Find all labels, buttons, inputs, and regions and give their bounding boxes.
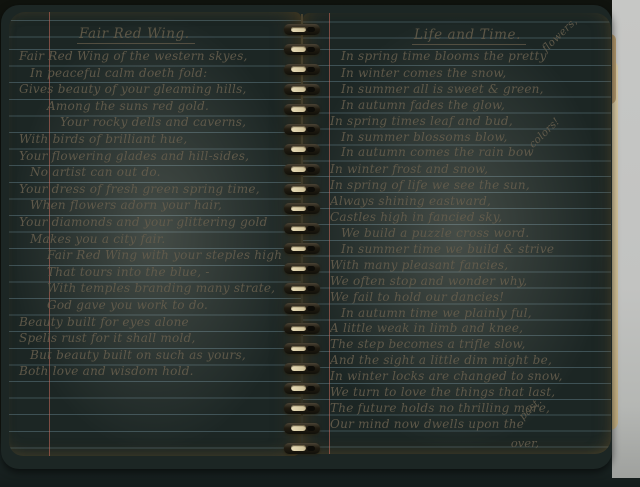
poem-line: With birds of brilliant hue, bbox=[19, 131, 293, 148]
poem-line-text: With many pleasant fancies, bbox=[330, 258, 508, 272]
binding-ring bbox=[284, 363, 320, 374]
right-page-content: Life and Time. In spring time blooms the… bbox=[303, 13, 611, 454]
poem-line-text: Makes you a city fair. bbox=[30, 232, 165, 246]
poem-line-text: In spring times leaf and bud, bbox=[330, 114, 513, 128]
binding-ring bbox=[284, 343, 320, 354]
poem-line-text: In peaceful calm doeth fold: bbox=[30, 66, 207, 80]
poem-line: In spring of life we see the sun, bbox=[330, 178, 605, 194]
poem-line: Fair Red Wing of the western skyes, bbox=[19, 48, 293, 65]
binding-ring bbox=[284, 64, 320, 75]
poem-line: God gave you work to do. bbox=[47, 297, 293, 314]
binding-ring bbox=[284, 164, 320, 175]
poem-line: In summer time we build & strive bbox=[341, 242, 605, 258]
poem-line-text: Among the suns red gold. bbox=[47, 99, 209, 113]
poem-line: In autumn time we plainly ful, bbox=[341, 306, 605, 322]
poem-line-text: Our mind now dwells upon the bbox=[330, 417, 524, 431]
binding-ring bbox=[284, 303, 320, 314]
binding-ring bbox=[284, 283, 320, 294]
poem-line-text: Your rocky dells and caverns, bbox=[60, 115, 246, 129]
binding-ring bbox=[284, 144, 320, 155]
notebook-photo: Fair Red Wing. Fair Red Wing of the west… bbox=[0, 0, 640, 487]
poem-line-text: No artist can out do. bbox=[30, 165, 161, 179]
poem-line-text: Your diamonds and your glittering gold bbox=[19, 215, 268, 229]
poem-line-text: Your flowering glades and hill-sides, bbox=[19, 149, 249, 163]
poem-line: In autumn fades the glow, bbox=[341, 98, 605, 114]
poem-line: And the sight a little dim might be, bbox=[330, 353, 605, 369]
poem-line: Gives beauty of your gleaming hills, bbox=[19, 81, 293, 98]
poem-line: Castles high in fancied sky, bbox=[330, 210, 605, 226]
poem-line: But beauty built on such as yours, bbox=[30, 347, 293, 364]
binding-ring bbox=[284, 243, 320, 254]
poem-line: In autumn comes the rain bowcolors! bbox=[341, 145, 605, 162]
binding-ring bbox=[284, 84, 320, 95]
poem-line: Your diamonds and your glittering gold bbox=[19, 214, 293, 231]
poem-line-text: We turn to love the things that last, bbox=[330, 385, 555, 399]
poem-line: Your flowering glades and hill-sides, bbox=[19, 148, 293, 165]
poem-line: Spells rust for it shall mold, bbox=[19, 330, 293, 347]
poem-line-text: In spring of life we see the sun, bbox=[330, 178, 530, 192]
poem-line: Always shining eastward, bbox=[330, 194, 605, 210]
poem-line-text: In summer time we build & strive bbox=[341, 242, 554, 256]
poem-line: We often stop and wonder why, bbox=[330, 274, 605, 290]
binding-ring bbox=[284, 403, 320, 414]
poem-line-text: In summer blossoms blow, bbox=[341, 130, 508, 144]
left-page-content: Fair Red Wing. Fair Red Wing of the west… bbox=[9, 12, 301, 456]
poem-line-text: Beauty built for eyes alone bbox=[19, 315, 189, 329]
right-poem-lines: In spring time blooms the prettyflowers,… bbox=[330, 49, 605, 434]
binding-ring bbox=[284, 124, 320, 135]
poem-line: Your rocky dells and caverns, bbox=[60, 114, 293, 131]
poem-line: We turn to love the things that last, bbox=[330, 385, 605, 401]
poem-line: In spring time blooms the prettyflowers, bbox=[341, 49, 605, 66]
binding-ring bbox=[284, 223, 320, 234]
binding-ring bbox=[284, 104, 320, 115]
poem-line: Our mind now dwells upon thepast. bbox=[330, 417, 605, 434]
poem-line-text: And the sight a little dim might be, bbox=[330, 353, 552, 367]
poem-line: Your dress of fresh green spring time, bbox=[19, 181, 293, 198]
poem-line-text: We often stop and wonder why, bbox=[330, 274, 527, 288]
poem-line-text: Gives beauty of your gleaming hills, bbox=[19, 82, 247, 96]
poem-line-text: In summer all is sweet & green, bbox=[341, 82, 544, 96]
poem-line-text: In winter frost and snow, bbox=[330, 162, 488, 176]
poem-line: In winter comes the snow, bbox=[341, 66, 605, 82]
poem-line: The step becomes a trifle slow, bbox=[330, 337, 605, 353]
poem-line: In winter locks are changed to snow, bbox=[330, 369, 605, 385]
poem-line: Both love and wisdom hold. bbox=[19, 363, 293, 380]
poem-line-text: In autumn comes the rain bow bbox=[341, 145, 534, 159]
poem-line-text: Your dress of fresh green spring time, bbox=[19, 182, 260, 196]
poem-line-text: God gave you work to do. bbox=[47, 298, 208, 312]
poem-line: With many pleasant fancies, bbox=[330, 258, 605, 274]
binding-ring bbox=[284, 203, 320, 214]
binding-ring bbox=[284, 443, 320, 454]
poem-line: Among the suns red gold. bbox=[47, 98, 293, 115]
left-page: Fair Red Wing. Fair Red Wing of the west… bbox=[9, 12, 301, 456]
poem-line: In winter frost and snow, bbox=[330, 162, 605, 178]
poem-line-text: Both love and wisdom hold. bbox=[19, 364, 194, 378]
page-turn-note: over, bbox=[330, 436, 605, 450]
poem-line-text: In autumn fades the glow, bbox=[341, 98, 505, 112]
poem-line: A little weak in limb and knee, bbox=[330, 321, 605, 337]
poem-line-text: With temples branding many strate, bbox=[47, 281, 275, 295]
poem-line-text: But beauty built on such as yours, bbox=[30, 348, 246, 362]
poem-line: In summer blossoms blow, bbox=[341, 130, 605, 146]
poem-line: We fail to hold our dancies! bbox=[330, 290, 605, 306]
poem-line-text: The step becomes a trifle slow, bbox=[330, 337, 526, 351]
right-page: Life and Time. In spring time blooms the… bbox=[303, 13, 611, 454]
poem-line-text: In winter comes the snow, bbox=[341, 66, 506, 80]
poem-line: With temples branding many strate, bbox=[47, 280, 293, 297]
binding-ring bbox=[284, 263, 320, 274]
left-poem-title: Fair Red Wing. bbox=[19, 26, 293, 48]
poem-line: Beauty built for eyes alone bbox=[19, 314, 293, 331]
poem-line: We build a puzzle cross word. bbox=[341, 226, 605, 242]
poem-line-text: When flowers adorn your hair, bbox=[30, 198, 222, 212]
binding-ring bbox=[284, 44, 320, 55]
poem-line-text: We fail to hold our dancies! bbox=[330, 290, 504, 304]
spiral-binding bbox=[282, 24, 322, 454]
poem-line: Fair Red Wing with your steples high bbox=[47, 247, 293, 264]
left-poem-lines: Fair Red Wing of the western skyes,In pe… bbox=[19, 48, 293, 380]
binding-ring bbox=[284, 383, 320, 394]
poem-line-text: Fair Red Wing of the western skyes, bbox=[19, 49, 248, 63]
poem-line-text: We build a puzzle cross word. bbox=[341, 226, 529, 240]
poem-line-text: Fair Red Wing with your steples high bbox=[47, 248, 282, 262]
poem-line-text: Always shining eastward, bbox=[330, 194, 491, 208]
poem-line: In peaceful calm doeth fold: bbox=[30, 65, 293, 82]
poem-line-text: With birds of brilliant hue, bbox=[19, 132, 187, 146]
poem-line: In summer all is sweet & green, bbox=[341, 82, 605, 98]
binding-ring bbox=[284, 423, 320, 434]
binding-ring bbox=[284, 323, 320, 334]
poem-line: No artist can out do. bbox=[30, 164, 293, 181]
poem-line-text: Castles high in fancied sky, bbox=[330, 210, 502, 224]
poem-line-text: In spring time blooms the pretty bbox=[341, 49, 547, 63]
poem-line: In spring times leaf and bud, bbox=[330, 114, 605, 130]
poem-line: When flowers adorn your hair, bbox=[30, 197, 293, 214]
binding-ring bbox=[284, 184, 320, 195]
poem-line: The future holds no thrilling more, bbox=[330, 401, 605, 417]
poem-line-text: That tours into the blue, - bbox=[47, 265, 210, 279]
poem-line-text: In winter locks are changed to snow, bbox=[330, 369, 563, 383]
poem-line: Makes you a city fair. bbox=[30, 231, 293, 248]
binding-ring bbox=[284, 24, 320, 35]
poem-line-text: A little weak in limb and knee, bbox=[330, 321, 523, 335]
poem-line: That tours into the blue, - bbox=[47, 264, 293, 281]
poem-line-text: Spells rust for it shall mold, bbox=[19, 331, 196, 345]
poem-line-text: In autumn time we plainly ful, bbox=[341, 306, 532, 320]
